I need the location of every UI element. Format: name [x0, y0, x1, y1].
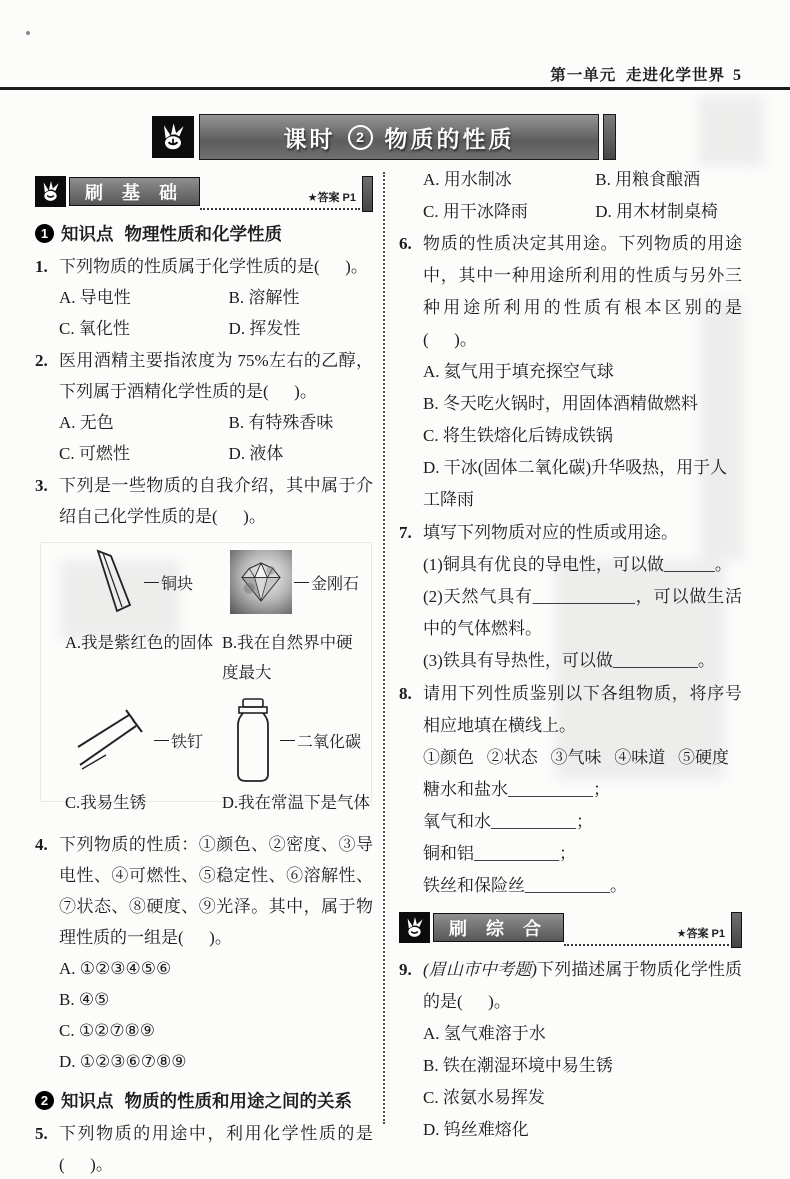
- iron-nails-drawing: [72, 709, 152, 771]
- header-rule: [0, 87, 790, 90]
- option-d: D. 液体: [229, 438, 373, 469]
- option-c: C. ①②⑦⑧⑨: [59, 1015, 373, 1046]
- blank-line-3: 铜和铝__________；: [423, 838, 742, 870]
- figure-caption-b: B.我在自然界中硬度最大: [216, 626, 373, 694]
- fill-blank-part-1: (1)铜具有优良的导电性，可以做______。: [423, 549, 742, 581]
- band-dotted-rule: ★答案 P1: [564, 914, 729, 946]
- answer-reference: ★答案 P1: [677, 925, 725, 941]
- knowledge-point-2: 2 知识点 物质的性质和用途之间的关系: [35, 1088, 373, 1113]
- band-end-cap: [362, 176, 373, 212]
- knowledge-point-1-title: 物理性质和化学性质: [125, 221, 283, 246]
- basics-section-band: 刷 基 础 ★答案 P1: [35, 176, 373, 210]
- question-number: 7.: [399, 517, 423, 677]
- question-stem: 下列是一些物质的自我介绍，其中属于介绍自己化学性质的是( )。: [59, 470, 373, 532]
- comprehensive-section-band: 刷 综 合 ★答案 P1: [399, 912, 742, 946]
- figure-leader-line: [280, 740, 295, 741]
- option-b: B. 用粮食酿酒: [595, 164, 742, 196]
- fill-blank-part-2: (2)天然气具有____________，可以做生活中的气体燃料。: [423, 581, 742, 645]
- figure-leader-line: [154, 740, 169, 741]
- question-9: 9. (眉山市中考题)下列描述属于物质化学性质的是( )。 A. 氢气难溶于水 …: [399, 954, 742, 1146]
- option-b: B. ④⑤: [59, 984, 373, 1015]
- question-number: 8.: [399, 678, 423, 902]
- banner-end-cap: [603, 114, 616, 160]
- question-5: 5. 下列物质的用途中，利用化学性质的是( )。: [35, 1118, 373, 1179]
- figure-caption-d: D.我在常温下是气体: [216, 786, 373, 824]
- option-a: A. 氢气难溶于水: [423, 1018, 742, 1050]
- copper-block-drawing: [82, 545, 142, 619]
- question-stem: 请用下列性质鉴别以下各组物质，将序号相应地填在横线上。: [423, 678, 742, 742]
- figure-caption-c: C.我易生锈: [59, 786, 216, 824]
- knowledge-point-label: 知识点: [61, 221, 114, 246]
- answer-reference: ★答案 P1: [308, 189, 356, 205]
- option-a: A. ①②③④⑤⑥: [59, 953, 373, 984]
- diamond-figure: 金刚石: [216, 538, 373, 626]
- question-number: 2.: [35, 345, 59, 469]
- unit-title: 第一单元 走进化学世界: [550, 67, 725, 84]
- option-a: A. 导电性: [59, 282, 229, 313]
- option-c: C. 氧化性: [59, 313, 229, 344]
- diamond-photo: [230, 550, 292, 614]
- question-5-options: A. 用水制冰 B. 用粮食酿酒 C. 用干冰降雨 D. 用木材制桌椅: [399, 164, 742, 228]
- blank-line-1: 糖水和盐水__________；: [423, 774, 742, 806]
- knowledge-point-label: 知识点: [61, 1088, 114, 1113]
- figure-label: 铜块: [161, 571, 193, 594]
- question-6: 6. 物质的性质决定其用途。下列物质的用途中，其中一种用途所利用的性质与另外三种…: [399, 228, 742, 516]
- question-3-figures: 铜块: [59, 538, 373, 824]
- question-source: (眉山市中考题): [423, 960, 537, 979]
- lesson-number-badge: 2: [348, 125, 373, 150]
- option-d: D. 干冰(固体二氧化碳)升华吸热，用于人工降雨: [423, 452, 742, 516]
- brush-hand-icon: [35, 176, 66, 207]
- knowledge-point-1: 1 知识点 物理性质和化学性质: [35, 221, 373, 246]
- knowledge-point-2-title: 物质的性质和用途之间的关系: [125, 1088, 353, 1113]
- brush-hand-icon: [399, 912, 430, 943]
- option-d: D. 钨丝难熔化: [423, 1114, 742, 1146]
- question-1: 1. 下列物质的性质属于化学性质的是( )。 A. 导电性 B. 溶解性 C. …: [35, 251, 373, 344]
- question-number: 1.: [35, 251, 59, 344]
- question-stem: 下列物质的性质：①颜色、②密度、③导电性、④可燃性、⑤稳定性、⑥溶解性、⑦状态、…: [59, 829, 373, 953]
- right-column: A. 用水制冰 B. 用粮食酿酒 C. 用干冰降雨 D. 用木材制桌椅 6. 物…: [399, 164, 742, 1147]
- question-2: 2. 医用酒精主要指浓度为 75%左右的乙醇，下列属于酒精化学性质的是( )。 …: [35, 345, 373, 469]
- figure-label: 金刚石: [311, 571, 359, 594]
- option-c: C. 用干冰降雨: [423, 196, 595, 228]
- question-8: 8. 请用下列性质鉴别以下各组物质，将序号相应地填在横线上。 ①颜色 ②状态 ③…: [399, 678, 742, 902]
- question-4: 4. 下列物质的性质：①颜色、②密度、③导电性、④可燃性、⑤稳定性、⑥溶解性、⑦…: [35, 829, 373, 1077]
- knowledge-point-2-badge: 2: [35, 1091, 54, 1110]
- lesson-label: 课时: [284, 121, 336, 154]
- band-end-cap: [731, 912, 742, 948]
- option-b: B. 有特殊香味: [229, 407, 373, 438]
- scan-speck: [26, 31, 30, 35]
- page-number: 5: [733, 67, 742, 84]
- figure-leader-line: [294, 582, 309, 583]
- lesson-title: 物质的性质: [385, 121, 515, 154]
- question-stem: 下列物质的性质属于化学性质的是( )。: [59, 251, 373, 282]
- left-column: 刷 基 础 ★答案 P1 1 知识点 物理性质和化学性质 1. 下列物质的性质属…: [35, 176, 373, 1179]
- option-a: A. 氦气用于填充探空气球: [423, 356, 742, 388]
- figure-label: 二氧化碳: [297, 729, 361, 752]
- bleed-artifact: [698, 96, 764, 166]
- option-d: D. 用木材制桌椅: [595, 196, 742, 228]
- option-a: A. 用水制冰: [423, 164, 595, 196]
- basics-band-title: 刷 基 础: [69, 177, 200, 206]
- option-c: C. 将生铁熔化后铸成铁锅: [423, 420, 742, 452]
- option-b: B. 溶解性: [229, 282, 373, 313]
- gas-bottle-drawing: [228, 696, 278, 784]
- question-number: 4.: [35, 829, 59, 1077]
- question-stem: 物质的性质决定其用途。下列物质的用途中，其中一种用途所利用的性质与另外三种用途所…: [423, 228, 742, 356]
- option-c: C. 浓氨水易挥发: [423, 1082, 742, 1114]
- comprehensive-band-title: 刷 综 合: [433, 913, 564, 942]
- question-7: 7. 填写下列物质对应的性质或用途。 (1)铜具有优良的导电性，可以做_____…: [399, 517, 742, 677]
- option-c: C. 可燃性: [59, 438, 229, 469]
- option-d: D. ①②③⑥⑦⑧⑨: [59, 1046, 373, 1077]
- column-divider: [383, 172, 385, 1124]
- option-a: A. 无色: [59, 407, 229, 438]
- blank-line-2: 氧气和水__________；: [423, 806, 742, 838]
- page-header: 第一单元 走进化学世界5: [550, 63, 742, 85]
- lesson-banner: 课时2 物质的性质: [152, 114, 616, 160]
- figure-caption-a: A.我是紫红色的固体: [59, 626, 216, 694]
- question-stem: 填写下列物质对应的性质或用途。: [423, 517, 742, 549]
- band-dotted-rule: ★答案 P1: [200, 178, 360, 210]
- figure-leader-line: [144, 582, 159, 583]
- option-b: B. 冬天吃火锅时，用固体酒精做燃料: [423, 388, 742, 420]
- question-3: 3. 下列是一些物质的自我介绍，其中属于介绍自己化学性质的是( )。 铜块: [35, 470, 373, 828]
- option-d: D. 挥发性: [229, 313, 373, 344]
- fill-blank-part-3: (3)铁具有导热性，可以做__________。: [423, 645, 742, 677]
- option-b: B. 铁在潮湿环境中易生锈: [423, 1050, 742, 1082]
- question-number: 5.: [35, 1118, 59, 1179]
- figure-label: 铁钉: [171, 729, 203, 752]
- copper-block-figure: 铜块: [59, 538, 216, 626]
- question-number: 6.: [399, 228, 423, 516]
- iron-nails-figure: 铁钉: [59, 694, 216, 786]
- property-choices: ①颜色 ②状态 ③气味 ④味道 ⑤硬度: [423, 742, 742, 774]
- gas-bottle-figure: 二氧化碳: [216, 694, 373, 786]
- question-stem: 下列物质的用途中，利用化学性质的是( )。: [59, 1118, 373, 1179]
- question-stem: 医用酒精主要指浓度为 75%左右的乙醇，下列属于酒精化学性质的是( )。: [59, 345, 373, 407]
- question-number: 3.: [35, 470, 59, 828]
- brush-hand-icon: [152, 116, 194, 158]
- question-number: 9.: [399, 954, 423, 1146]
- knowledge-point-1-badge: 1: [35, 224, 54, 243]
- blank-line-4: 铁丝和保险丝__________。: [423, 870, 742, 902]
- lesson-banner-bar: 课时2 物质的性质: [199, 114, 599, 160]
